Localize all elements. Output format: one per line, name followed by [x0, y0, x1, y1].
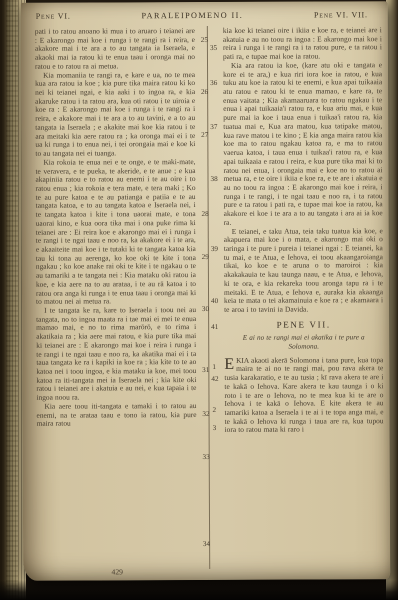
right-column: 35 36 37 38 39 40 41 42 kia koe ki teian… [210, 26, 385, 569]
paragraph: Kia ara ratou ia koe, (kare atu oki e ta… [223, 61, 383, 227]
verse-number: 26 [196, 88, 208, 97]
running-head-left-chapter: Pene VI. [36, 12, 71, 21]
paragraph: I te tangata ke ra, kare to Iseraela i t… [36, 306, 196, 403]
left-column: 25 26 27 28 29 30 31 32 33 34 pati i to … [35, 27, 210, 570]
paragraph: E teianei, e taku Atua, teia taku tuatua… [224, 227, 383, 315]
verse-number: 25 [196, 36, 208, 45]
paragraph: EKIA akaoti akerā Solomona i tana pure, … [224, 356, 383, 435]
paragraph: Kia rokoia te enua nei e te onge, e te m… [35, 158, 196, 307]
verse-number: 33 [198, 453, 210, 462]
verse-number: 2 [213, 406, 225, 415]
verse-number: 32 [198, 410, 210, 419]
paragraph: pati i to ratou anoano ki mua i to aruar… [35, 27, 195, 71]
verse-number: 30 [197, 305, 209, 314]
running-head-right-chapter: Pene VI. VII. [314, 10, 368, 19]
running-head: Pene VI. PARALEIPOMENO II. Pene VI. VII. [21, 10, 388, 21]
paragraph: Kia aere toou iti-tangata e tamaki i to … [36, 402, 196, 429]
chapter-seven-section: 1 2 3 PENE VII. E ai no te rangi mai ei … [224, 319, 384, 435]
verse-number: 27 [196, 131, 208, 140]
right-column-text: kia koe ki teianei oire i ikiia e koe ra… [223, 26, 384, 435]
book-page: Pene VI. PARALEIPOMENO II. Pene VI. VII.… [21, 1, 391, 581]
verse-number: 3 [213, 424, 225, 433]
verse-number: 37 [210, 123, 222, 132]
chapter-opening-text: KIA akaoti akerā Solomona i tana pure, k… [224, 355, 383, 434]
page-number: 429 [37, 567, 197, 577]
chapter-subtitle: E ai no te rangi mai ei akatika i te pur… [228, 333, 379, 352]
drop-cap-initial: E [224, 357, 236, 373]
verse-number: 29 [197, 253, 209, 262]
verse-number: 42 [211, 375, 223, 384]
bottom-shadow [0, 580, 398, 600]
running-head-book-title: PARALEIPOMENO II. [141, 11, 243, 20]
paragraph: Kia momaniia te rangi ra, e kare e ua, n… [35, 71, 195, 159]
paragraph: kia koe ki teianei oire i ikiia e koe ra… [223, 26, 382, 62]
verse-number: 39 [211, 245, 223, 254]
verse-number: 28 [197, 210, 209, 219]
left-column-text: pati i to ratou anoano ki mua i to aruar… [35, 27, 197, 429]
verse-number: 35 [210, 44, 222, 53]
verse-number: 40 [211, 297, 223, 306]
verse-number: 31 [197, 366, 209, 375]
verse-number: 34 [198, 540, 210, 549]
verse-number: 1 [212, 363, 224, 372]
verse-number: 38 [210, 175, 222, 184]
verse-number: 41 [211, 323, 223, 332]
chapter-heading: PENE VII. [224, 319, 383, 331]
verse-number: 36 [210, 79, 222, 88]
